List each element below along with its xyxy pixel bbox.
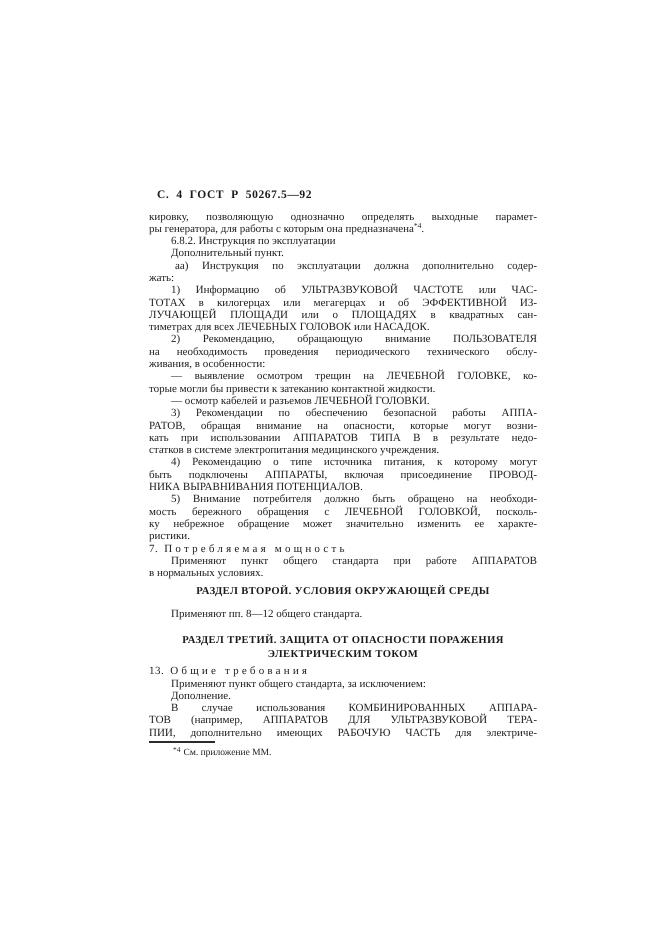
body-line: ТОТАХ в килогерцах или мегагерцах и об Э…	[149, 297, 537, 309]
body-line: ку небрежное обращение может значительно…	[149, 518, 537, 530]
clause-13-heading: 13.Общие требования	[149, 665, 537, 677]
body-line: 1) Информацию об УЛЬТРАЗВУКОВОЙ ЧАСТОТЕ …	[149, 284, 537, 296]
body-line: Применяют пункт общего стандарта при раб…	[149, 555, 537, 567]
footnote-body: См. приложение ММ.	[184, 748, 272, 758]
clause-title: Потребляемая мощность	[164, 543, 347, 555]
body-line: кать при использовании АППАРАТОВ ТИПА В …	[149, 432, 537, 444]
body-line: — осмотр кабелей и разъемов ЛЕЧЕБНОЙ ГОЛ…	[149, 395, 537, 407]
body-line: 4) Рекомендацию о типе источника питания…	[149, 456, 537, 468]
body-line: Дополнительный пункт.	[149, 247, 537, 259]
body-line: 2) Рекомендацию, обращающую внимание ПОЛ…	[149, 333, 537, 345]
body-line: Дополнение.	[149, 690, 537, 702]
body-line: быть подключены АППАРАТЫ, включая присое…	[149, 469, 537, 481]
body-line: 3) Рекомендации по обеспечению безопасно…	[149, 407, 537, 419]
section-two-heading: РАЗДЕЛ ВТОРОЙ. УСЛОВИЯ ОКРУЖАЮЩЕЙ СРЕДЫ	[149, 585, 537, 599]
body-line: живания, в особенности:	[149, 358, 537, 370]
body-line: Применяют пп. 8—12 общего стандарта.	[149, 608, 537, 620]
body-line: В случае использования КОМБИНИРОВАННЫХ А…	[149, 702, 537, 714]
body-line: тиметрах для всех ЛЕЧЕБНЫХ ГОЛОВОК или Н…	[149, 321, 537, 333]
body-line: РАТОВ, обращая внимание на опасности, ко…	[149, 420, 537, 432]
body-line: ристики.	[149, 530, 537, 542]
body-line: торые могли бы привести к затеканию конт…	[149, 383, 537, 395]
body-line: ЛУЧАЮЩЕЙ ПЛОЩАДИ или о ПЛОЩАДЯХ в квадра…	[149, 309, 537, 321]
body-line-text: ры генератора, для работы с которым она …	[149, 223, 414, 235]
body-line-text: .	[421, 223, 424, 235]
body-line: статков в системе электропитания медицин…	[149, 444, 537, 456]
scanned-document-page: С. 4 ГОСТ Р 50267.5—92 кировку, позволяю…	[0, 0, 661, 935]
footnote: *4См. приложение ММ.	[149, 741, 537, 759]
body-line: кировку, позволяющую однозначно определя…	[149, 211, 537, 223]
body-line: мость бережного обращения с ЛЕЧЕБНОЙ ГОЛ…	[149, 506, 537, 518]
clause-number: 7.	[149, 543, 158, 555]
text-column: С. 4 ГОСТ Р 50267.5—92 кировку, позволяю…	[149, 189, 537, 759]
clause-7-heading: 7.Потребляемая мощность	[149, 543, 537, 555]
footnote-reference: *4	[414, 221, 422, 230]
footnote-marker: *4	[173, 745, 181, 754]
body-line: жать:	[149, 272, 537, 284]
body-line: на необходимость проведения периодическо…	[149, 346, 537, 358]
body-line: Применяют пункт общего стандарта, за иск…	[149, 678, 537, 690]
body-line: ры генератора, для работы с которым она …	[149, 223, 537, 235]
clause-number: 13.	[149, 665, 164, 677]
clause-title: Общие требования	[170, 665, 310, 677]
section-title-line: ЭЛЕКТРИЧЕСКИМ ТОКОМ	[149, 648, 537, 662]
body-line: 6.8.2. Инструкция по эксплуатации	[149, 235, 537, 247]
body-line: в нормальных условиях.	[149, 567, 537, 579]
body-line: НИКА ВЫРАВНИВАНИЯ ПОТЕНЦИАЛОВ.	[149, 481, 537, 493]
section-title-line: РАЗДЕЛ ТРЕТИЙ. ЗАЩИТА ОТ ОПАСНОСТИ ПОРАЖ…	[149, 634, 537, 648]
body-line: аа) Инструкция по эксплуатации должна до…	[149, 260, 537, 272]
running-header: С. 4 ГОСТ Р 50267.5—92	[157, 189, 537, 202]
footnote-text: *4См. приложение ММ.	[149, 748, 537, 759]
body-line: ТОВ (например, АППАРАТОВ ДЛЯ УЛЬТРАЗВУКО…	[149, 714, 537, 726]
footnote-divider	[149, 741, 215, 743]
body-line: ПИИ, дополнительно имеющих РАБОЧУЮ ЧАСТЬ…	[149, 727, 537, 739]
section-three-heading: РАЗДЕЛ ТРЕТИЙ. ЗАЩИТА ОТ ОПАСНОСТИ ПОРАЖ…	[149, 634, 537, 661]
body-line: — выявление осмотром трещин на ЛЕЧЕБНОЙ …	[149, 370, 537, 382]
body-line: 5) Внимание потребителя должно быть обра…	[149, 493, 537, 505]
